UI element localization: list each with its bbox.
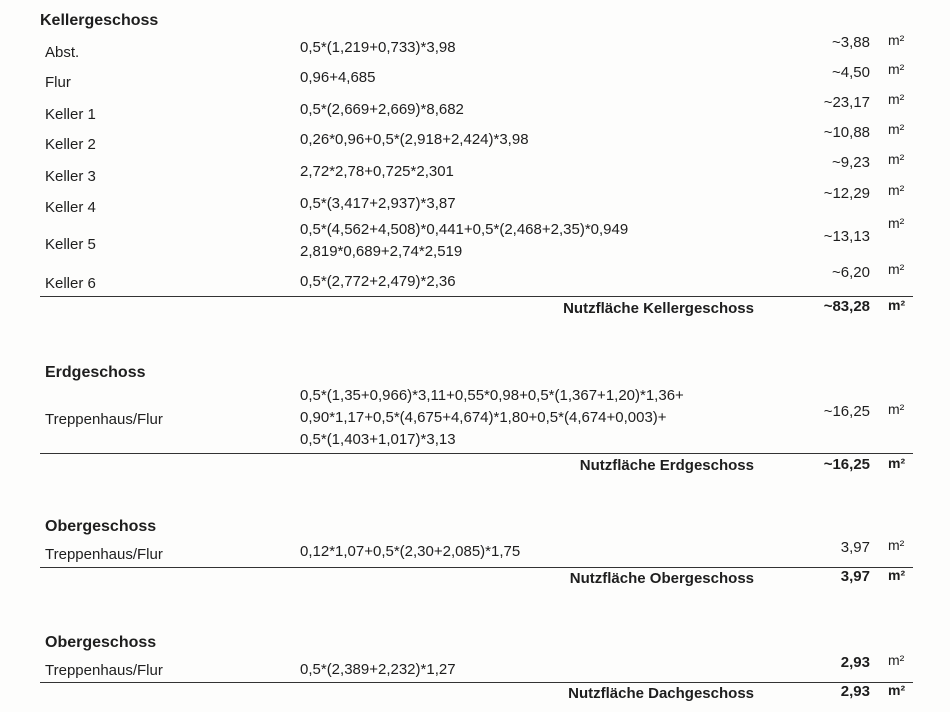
area-value: ~16,25 [750, 403, 870, 420]
unit: m² [888, 151, 904, 167]
total-label-kellergeschoss: Nutzfläche Kellergeschoss [354, 300, 754, 317]
room-label: Keller 4 [45, 199, 96, 216]
total-label-dachgeschoss: Nutzfläche Dachgeschoss [354, 685, 754, 702]
unit: m² [888, 652, 904, 668]
total-value-obergeschoss: 3,97 [750, 568, 870, 585]
area-value: ~9,23 [750, 154, 870, 171]
section-title-obergeschoss: Obergeschoss [45, 518, 156, 536]
total-unit: m² [888, 297, 905, 313]
room-label: Keller 5 [45, 236, 96, 253]
area-value: 2,93 [750, 654, 870, 671]
formula-line: 0,90*1,17+0,5*(4,675+4,674)*1,80+0,5*(4,… [300, 408, 667, 428]
section-title-erdgeschoss: Erdgeschoss [45, 364, 145, 382]
section-divider [40, 453, 913, 454]
area-value: 3,97 [750, 539, 870, 556]
unit: m² [888, 91, 904, 107]
total-label-erdgeschoss: Nutzfläche Erdgeschoss [354, 457, 754, 474]
unit: m² [888, 121, 904, 137]
formula: 0,26*0,96+0,5*(2,918+2,424)*3,98 [300, 130, 529, 150]
area-value: ~13,13 [750, 228, 870, 245]
section-title-dachgeschoss: Obergeschoss [45, 634, 156, 652]
formula: 0,12*1,07+0,5*(2,30+2,085)*1,75 [300, 542, 520, 562]
total-unit: m² [888, 567, 905, 583]
total-value-dachgeschoss: 2,93 [750, 683, 870, 700]
room-label: Keller 6 [45, 275, 96, 292]
formula-line: 0,5*(1,35+0,966)*3,11+0,55*0,98+0,5*(1,3… [300, 386, 684, 406]
unit: m² [888, 401, 904, 417]
room-label: Treppenhaus/Flur [45, 546, 163, 563]
formula-line: 0,5*(1,403+1,017)*3,13 [300, 430, 456, 450]
formula: 0,5*(2,669+2,669)*8,682 [300, 100, 464, 120]
unit: m² [888, 261, 904, 277]
section-title-kellergeschoss: Kellergeschoss [40, 12, 158, 30]
area-value: ~6,20 [750, 264, 870, 281]
area-value: ~4,50 [750, 64, 870, 81]
area-value: ~10,88 [750, 124, 870, 141]
room-label: Abst. [45, 44, 79, 61]
room-label: Treppenhaus/Flur [45, 662, 163, 679]
unit: m² [888, 215, 904, 231]
area-value: ~3,88 [750, 34, 870, 51]
room-label: Flur [45, 74, 71, 91]
unit: m² [888, 61, 904, 77]
room-label: Keller 2 [45, 136, 96, 153]
area-value: ~23,17 [750, 94, 870, 111]
formula: 0,5*(1,219+0,733)*3,98 [300, 38, 456, 58]
unit: m² [888, 32, 904, 48]
unit: m² [888, 537, 904, 553]
room-label: Keller 1 [45, 106, 96, 123]
formula: 0,96+4,685 [300, 68, 376, 88]
total-unit: m² [888, 455, 905, 471]
formula: 0,5*(2,389+2,232)*1,27 [300, 660, 456, 680]
formula-line: 2,819*0,689+2,74*2,519 [300, 242, 462, 262]
total-value-erdgeschoss: ~16,25 [750, 456, 870, 473]
formula-line: 0,5*(4,562+4,508)*0,441+0,5*(2,468+2,35)… [300, 220, 628, 240]
total-unit: m² [888, 682, 905, 698]
area-value: ~12,29 [750, 185, 870, 202]
formula: 2,72*2,78+0,725*2,301 [300, 162, 454, 182]
formula: 0,5*(3,417+2,937)*3,87 [300, 194, 456, 214]
section-divider [40, 296, 913, 297]
room-label: Treppenhaus/Flur [45, 411, 163, 428]
room-label: Keller 3 [45, 168, 96, 185]
total-label-obergeschoss: Nutzfläche Obergeschoss [354, 570, 754, 587]
unit: m² [888, 182, 904, 198]
total-value-kellergeschoss: ~83,28 [750, 298, 870, 315]
formula: 0,5*(2,772+2,479)*2,36 [300, 272, 456, 292]
